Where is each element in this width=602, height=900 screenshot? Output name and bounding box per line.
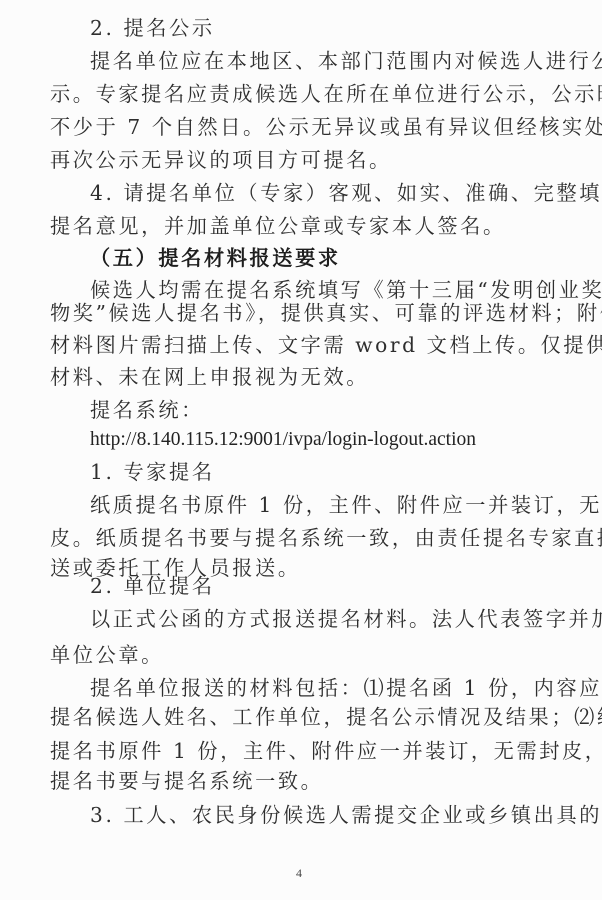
paragraph-line: 材料图片需扫描上传、文字需 word 文档上传。仅提供书面	[50, 329, 550, 361]
document-page: 2. 提名公示 提名单位应在本地区、本部门范围内对候选人进行公 示。专家提名应责…	[0, 0, 602, 900]
heading-expert-nomination: 1. 专家提名	[90, 456, 550, 488]
paragraph-line: 纸质提名书原件 1 份，主件、附件应一并装订，无需封	[90, 489, 550, 521]
heading-nomination-publicity: 2. 提名公示	[90, 12, 550, 44]
section-heading-materials: （五）提名材料报送要求	[90, 242, 550, 274]
paragraph-line: 示。专家提名应责成候选人在所在单位进行公示，公示时间	[50, 78, 550, 110]
system-url-link[interactable]: http://8.140.115.12:9001/ivpa/login-logo…	[90, 424, 550, 456]
paragraph-line: 3. 工人、农民身份候选人需提交企业或乡镇出具的身	[90, 799, 550, 831]
paragraph-line: 提名单位报送的材料包括：⑴提名函 1 份，内容应包括	[90, 672, 550, 704]
paragraph-line: 提名单位应在本地区、本部门范围内对候选人进行公	[90, 45, 550, 77]
paragraph-line: 物奖”候选人提名书》，提供真实、可靠的评选材料；附件	[50, 297, 550, 329]
paragraph-line: 不少于 7 个自然日。公示无异议或虽有异议但经核实处理后	[50, 111, 550, 143]
paragraph-line: 4. 请提名单位（专家）客观、如实、准确、完整填写	[90, 177, 550, 209]
paragraph-line: 提名候选人姓名、工作单位，提名公示情况及结果；⑵纸质	[50, 701, 550, 733]
paragraph-line: 提名意见，并加盖单位公章或专家本人签名。	[50, 210, 550, 242]
paragraph-line: 提名书原件 1 份，主件、附件应一并装订，无需封皮，纸质	[50, 735, 550, 767]
system-label: 提名系统：	[90, 394, 550, 426]
paragraph-line: 以正式公函的方式报送提名材料。法人代表签字并加盖	[90, 603, 550, 635]
paragraph-line: 再次公示无异议的项目方可提名。	[50, 144, 550, 176]
paragraph-line: 材料、未在网上申报视为无效。	[50, 361, 550, 393]
page-number: 4	[296, 866, 302, 881]
paragraph-line: 提名书要与提名系统一致。	[50, 765, 550, 797]
paragraph-line: 皮。纸质提名书要与提名系统一致，由责任提名专家直接寄	[50, 522, 550, 554]
paragraph-line: 单位公章。	[50, 639, 550, 671]
heading-unit-nomination: 2. 单位提名	[90, 570, 550, 602]
